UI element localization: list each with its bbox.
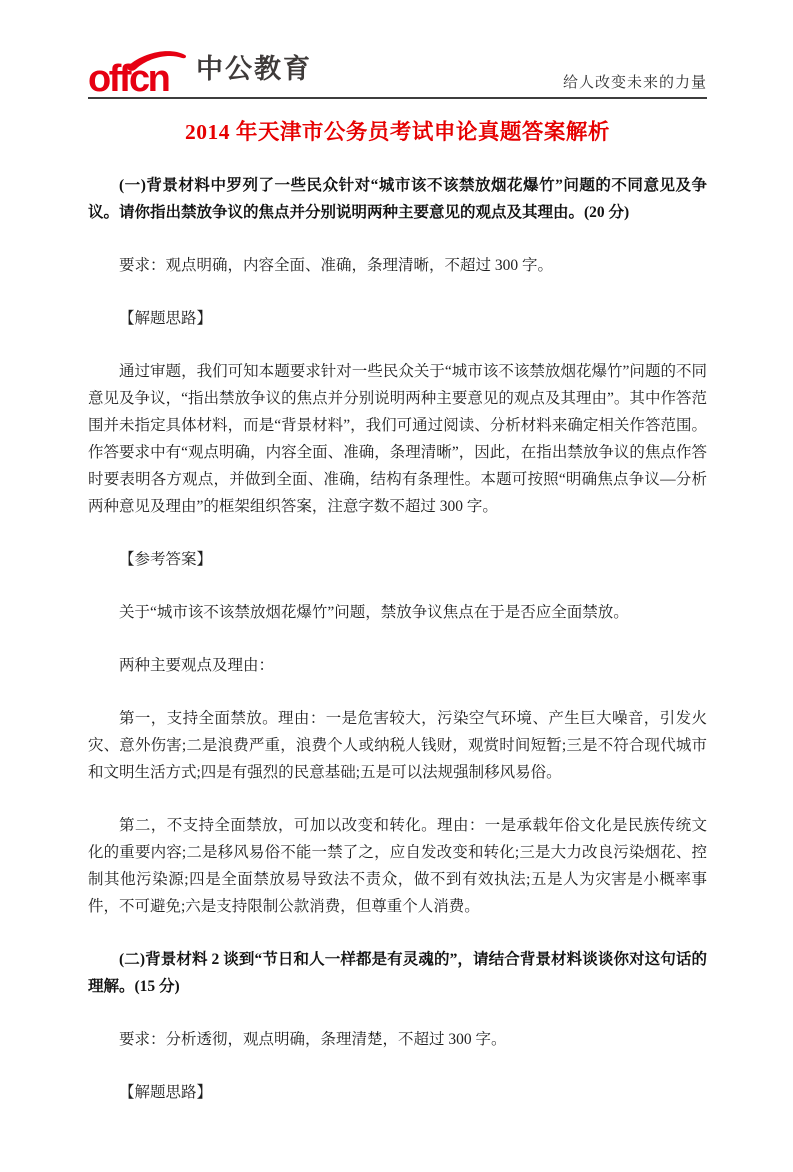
answer-viewpoint-2: 第二，不支持全面禁放，可加以改变和转化。理由：一是承载年俗文化是民族传统文化的重…: [88, 812, 707, 920]
section-label-analysis-2: 【解题思路】: [88, 1079, 707, 1106]
section-label-analysis-1: 【解题思路】: [88, 305, 707, 332]
question-1-requirement: 要求：观点明确，内容全面、准确，条理清晰，不超过 300 字。: [88, 252, 707, 279]
header-tagline: 给人改变未来的力量: [563, 71, 707, 94]
document-body: (一)背景材料中罗列了一些民众针对“城市该不该禁放烟花爆竹”问题的不同意见及争议…: [88, 172, 707, 1106]
answer-viewpoints-intro: 两种主要观点及理由：: [88, 652, 707, 679]
answer-focus-statement: 关于“城市该不该禁放烟花爆竹”问题，禁放争议焦点在于是否应全面禁放。: [88, 599, 707, 626]
offcn-logo-mark: offcn: [88, 48, 188, 94]
offcn-logo-cn: 中公教育: [196, 56, 312, 87]
question-1-heading: (一)背景材料中罗列了一些民众针对“城市该不该禁放烟花爆竹”问题的不同意见及争议…: [88, 172, 707, 226]
section-label-answer-1: 【参考答案】: [88, 546, 707, 573]
analysis-paragraph-1: 通过审题，我们可知本题要求针对一些民众关于“城市该不该禁放烟花爆竹”问题的不同意…: [88, 358, 707, 520]
offcn-logo: offcn 中公教育: [88, 48, 312, 94]
header-row: offcn 中公教育 给人改变未来的力量: [88, 48, 707, 99]
document-page: offcn 中公教育 给人改变未来的力量 2014 年天津市公务员考试申论真题答…: [0, 0, 793, 1172]
offcn-logo-wordmark: offcn: [88, 58, 169, 94]
document-header: offcn 中公教育 给人改变未来的力量: [88, 48, 707, 99]
document-title: 2014 年天津市公务员考试申论真题答案解析: [88, 115, 707, 146]
question-2-requirement: 要求：分析透彻，观点明确，条理清楚，不超过 300 字。: [88, 1026, 707, 1053]
answer-viewpoint-1: 第一，支持全面禁放。理由：一是危害较大，污染空气环境、产生巨大噪音，引发火灾、意…: [88, 705, 707, 786]
question-2-heading: (二)背景材料 2 谈到“节日和人一样都是有灵魂的”，请结合背景材料谈谈你对这句…: [88, 946, 707, 1000]
